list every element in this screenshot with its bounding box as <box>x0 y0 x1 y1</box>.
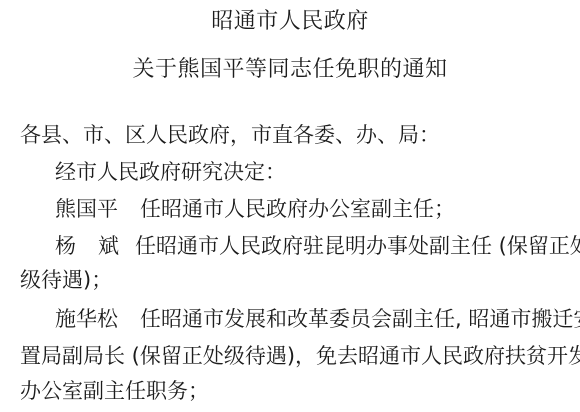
appointment-1: 熊国平任昭通市人民政府办公室副主任； <box>55 195 455 223</box>
issuer-heading: 昭通市人民政府 <box>0 8 580 36</box>
salutation: 各县、市、区人民政府，市直各委、办、局： <box>20 121 440 149</box>
appointment-3-continuation-1: 置局副局长 (保留正处级待遇)，免去昭通市人民政府扶贫开发 <box>20 342 580 370</box>
appointee-name-part1: 杨 <box>55 232 76 260</box>
preamble: 经市人民政府研究决定： <box>55 158 286 186</box>
appointment-3: 施华松任昭通市发展和改革委员会副主任, 昭通市搬迁安 <box>55 305 580 333</box>
appointee-name: 熊国平 <box>55 195 118 223</box>
appointment-text: 任昭通市人民政府办公室副主任； <box>140 197 455 221</box>
appointee-name-part2: 斌 <box>98 232 119 260</box>
appointee-name: 施华松 <box>55 305 118 333</box>
notice-title: 关于熊国平等同志任免职的通知 <box>0 56 580 84</box>
appointment-2-continuation: 级待遇)； <box>20 266 112 294</box>
appointment-text: 任昭通市人民政府驻昆明办事处副主任 (保留正处 <box>135 234 580 258</box>
appointment-2: 杨斌任昭通市人民政府驻昆明办事处副主任 (保留正处 <box>55 232 580 260</box>
appointment-3-continuation-2: 办公室副主任职务； <box>20 377 209 405</box>
appointment-text: 任昭通市发展和改革委员会副主任, 昭通市搬迁安 <box>140 307 580 331</box>
